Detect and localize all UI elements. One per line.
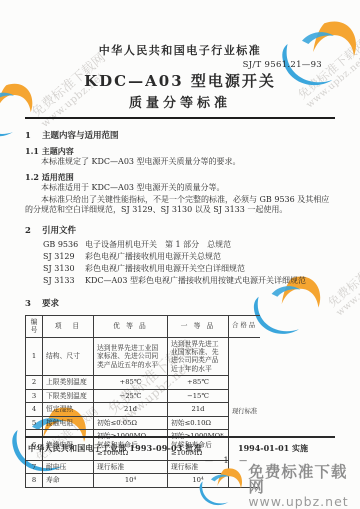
reference-code: GB 9536 [43,240,85,250]
section-number: 2 [25,226,39,237]
grade-a-value: 达到世界先进工业国家标准、先进公司同类产品近五年的水平 [94,337,168,376]
table-row: 8 寿命 10⁴ 10⁴ [26,474,261,487]
standard-number: SJ/T 9561.21—93 [243,60,322,70]
row-item: 接触电阻 [43,416,94,429]
section-title: 要求 [42,299,59,309]
grade-a-value: 10⁴ [94,474,168,487]
grade-a-value: 现行标准 [94,460,168,473]
col-header-grade-c: 合格品 [229,315,261,337]
row-no: 2 [26,376,43,389]
reference-code: SJ 3133 [43,276,85,286]
col-header-grade-a: 优 等 品 [94,315,168,337]
paragraph: 本标准规定了 KDC—A03 型电源开关质量分等的要求。 [25,157,335,167]
section-1-2-heading: 1.2 适用范围 [25,172,335,182]
standard-type-heading: 中华人民共和国电子行业标准 [0,42,360,58]
row-no: 7 [26,460,43,473]
col-header-grade-b: 一 等 品 [168,315,229,337]
table-header-row: 编号 项 目 优 等 品 一 等 品 合格品 [26,315,261,337]
document-title-line1: KDC—A03 型电源开关 [0,70,360,91]
section-title: 适用范围 [42,172,74,182]
footer-rule [25,436,335,438]
reference-item: SJ 3130 彩色电视广播接收机用电源开关空白详细规范 [43,264,335,274]
section-number: 1.1 [25,146,39,156]
table-row: 4 恒定湿热 21d 21d [26,403,261,416]
reference-title: 彩色电视广播接收机用电源开关总规范 [85,252,335,262]
page-number: — 1 — [205,456,251,465]
row-item: 耐电压 [43,460,94,473]
document-title-line2: 质量分等标准 [0,92,360,111]
row-item: 下限类别温度 [43,389,94,402]
row-item: 寿命 [43,474,94,487]
grade-b-value: 达到世界先进工业国家标准、先进公司同类产品近十年的水平 [168,337,229,376]
table-row: 3 下限类别温度 −25℃ −15℃ [26,389,261,402]
grade-b-value: 10⁴ [168,474,229,487]
reference-item: SJ 3129 彩色电视广播接收机用电源开关总规范 [43,252,335,262]
row-item: 上限类别温度 [43,376,94,389]
row-no: 8 [26,474,43,487]
section-1-heading: 1 主题内容与适用范围 [25,131,335,142]
grade-a-value: −25℃ [94,389,168,402]
col-header-item: 项 目 [43,315,94,337]
grade-a-value: 21d [94,403,168,416]
paragraph: 本标准适用于 KDC—A03 型电源开关的质量分等。 [25,183,335,193]
approval-note: 中华人民共和国电子工业部 1993-09-03 批准 [28,443,202,454]
brand-site-url: www.upbz.net [248,495,360,509]
section-number: 1.2 [25,172,39,182]
row-no: 1 [26,337,43,376]
header-rule [25,117,335,119]
reference-code: SJ 3130 [43,264,85,274]
reference-item: GB 9536 电子设备用机电开关 第 1 部分 总规范 [43,240,335,250]
reference-title: 电子设备用机电开关 第 1 部分 总规范 [85,240,335,250]
section-title: 主题内容 [42,146,74,156]
watermark-site-url: www.upbz.net [335,257,360,319]
document-body: 1 主题内容与适用范围 1.1 主题内容 本标准规定了 KDC—A03 型电源开… [25,124,335,488]
section-number: 3 [25,299,39,310]
grade-a-value: 初始≤0.05Ω [94,416,168,429]
grade-b-value: −15℃ [168,389,229,402]
col-header-no: 编号 [26,315,43,337]
grade-b-value: 初始≤0.10Ω [168,416,229,429]
document-page: 免费标准下载网 www.upbz.net 免费标准下载网 www.upbz.ne… [0,0,360,509]
table-row: 2 上限类别温度 +85℃ +85℃ [26,376,261,389]
reference-item: SJ 3133 KDC—A03 型彩色电视广播接收机用按键式电源开关详细规范 [43,276,335,286]
row-no: 5 [26,416,43,429]
section-1-1-heading: 1.1 主题内容 [25,146,335,156]
grade-a-value: +85℃ [94,376,168,389]
table-row: 5 接触电阻 初始≤0.05Ω 初始≤0.10Ω [26,416,261,429]
row-no: 3 [26,389,43,402]
section-title: 主题内容与适用范围 [42,131,119,141]
reference-list: GB 9536 电子设备用机电开关 第 1 部分 总规范 SJ 3129 彩色电… [43,240,335,286]
grade-b-value: +85℃ [168,376,229,389]
section-title: 引用文件 [42,226,76,236]
table-row: 1 结构、尺寸 达到世界先进工业国家标准、先进公司同类产品近五年的水平 达到世界… [26,337,261,376]
reference-title: 彩色电视广播接收机用电源开关空白详细规范 [85,264,335,274]
row-item: 恒定湿热 [43,403,94,416]
implementation-note: 1994-01-01 实施 [238,443,308,454]
row-item: 结构、尺寸 [43,337,94,376]
section-2-heading: 2 引用文件 [25,226,335,237]
grade-b-value: 21d [168,403,229,416]
reference-code: SJ 3129 [43,252,85,262]
section-number: 1 [25,131,39,142]
section-3-heading: 3 要求 [25,299,335,310]
reference-title: KDC—A03 型彩色电视广播接收机用按键式电源开关详细规范 [85,276,335,286]
paragraph: 本标准只给出了关键性能指标，不是一个完整的标准，必须与 GB 9536 及其相应… [25,195,335,216]
row-no: 4 [26,403,43,416]
